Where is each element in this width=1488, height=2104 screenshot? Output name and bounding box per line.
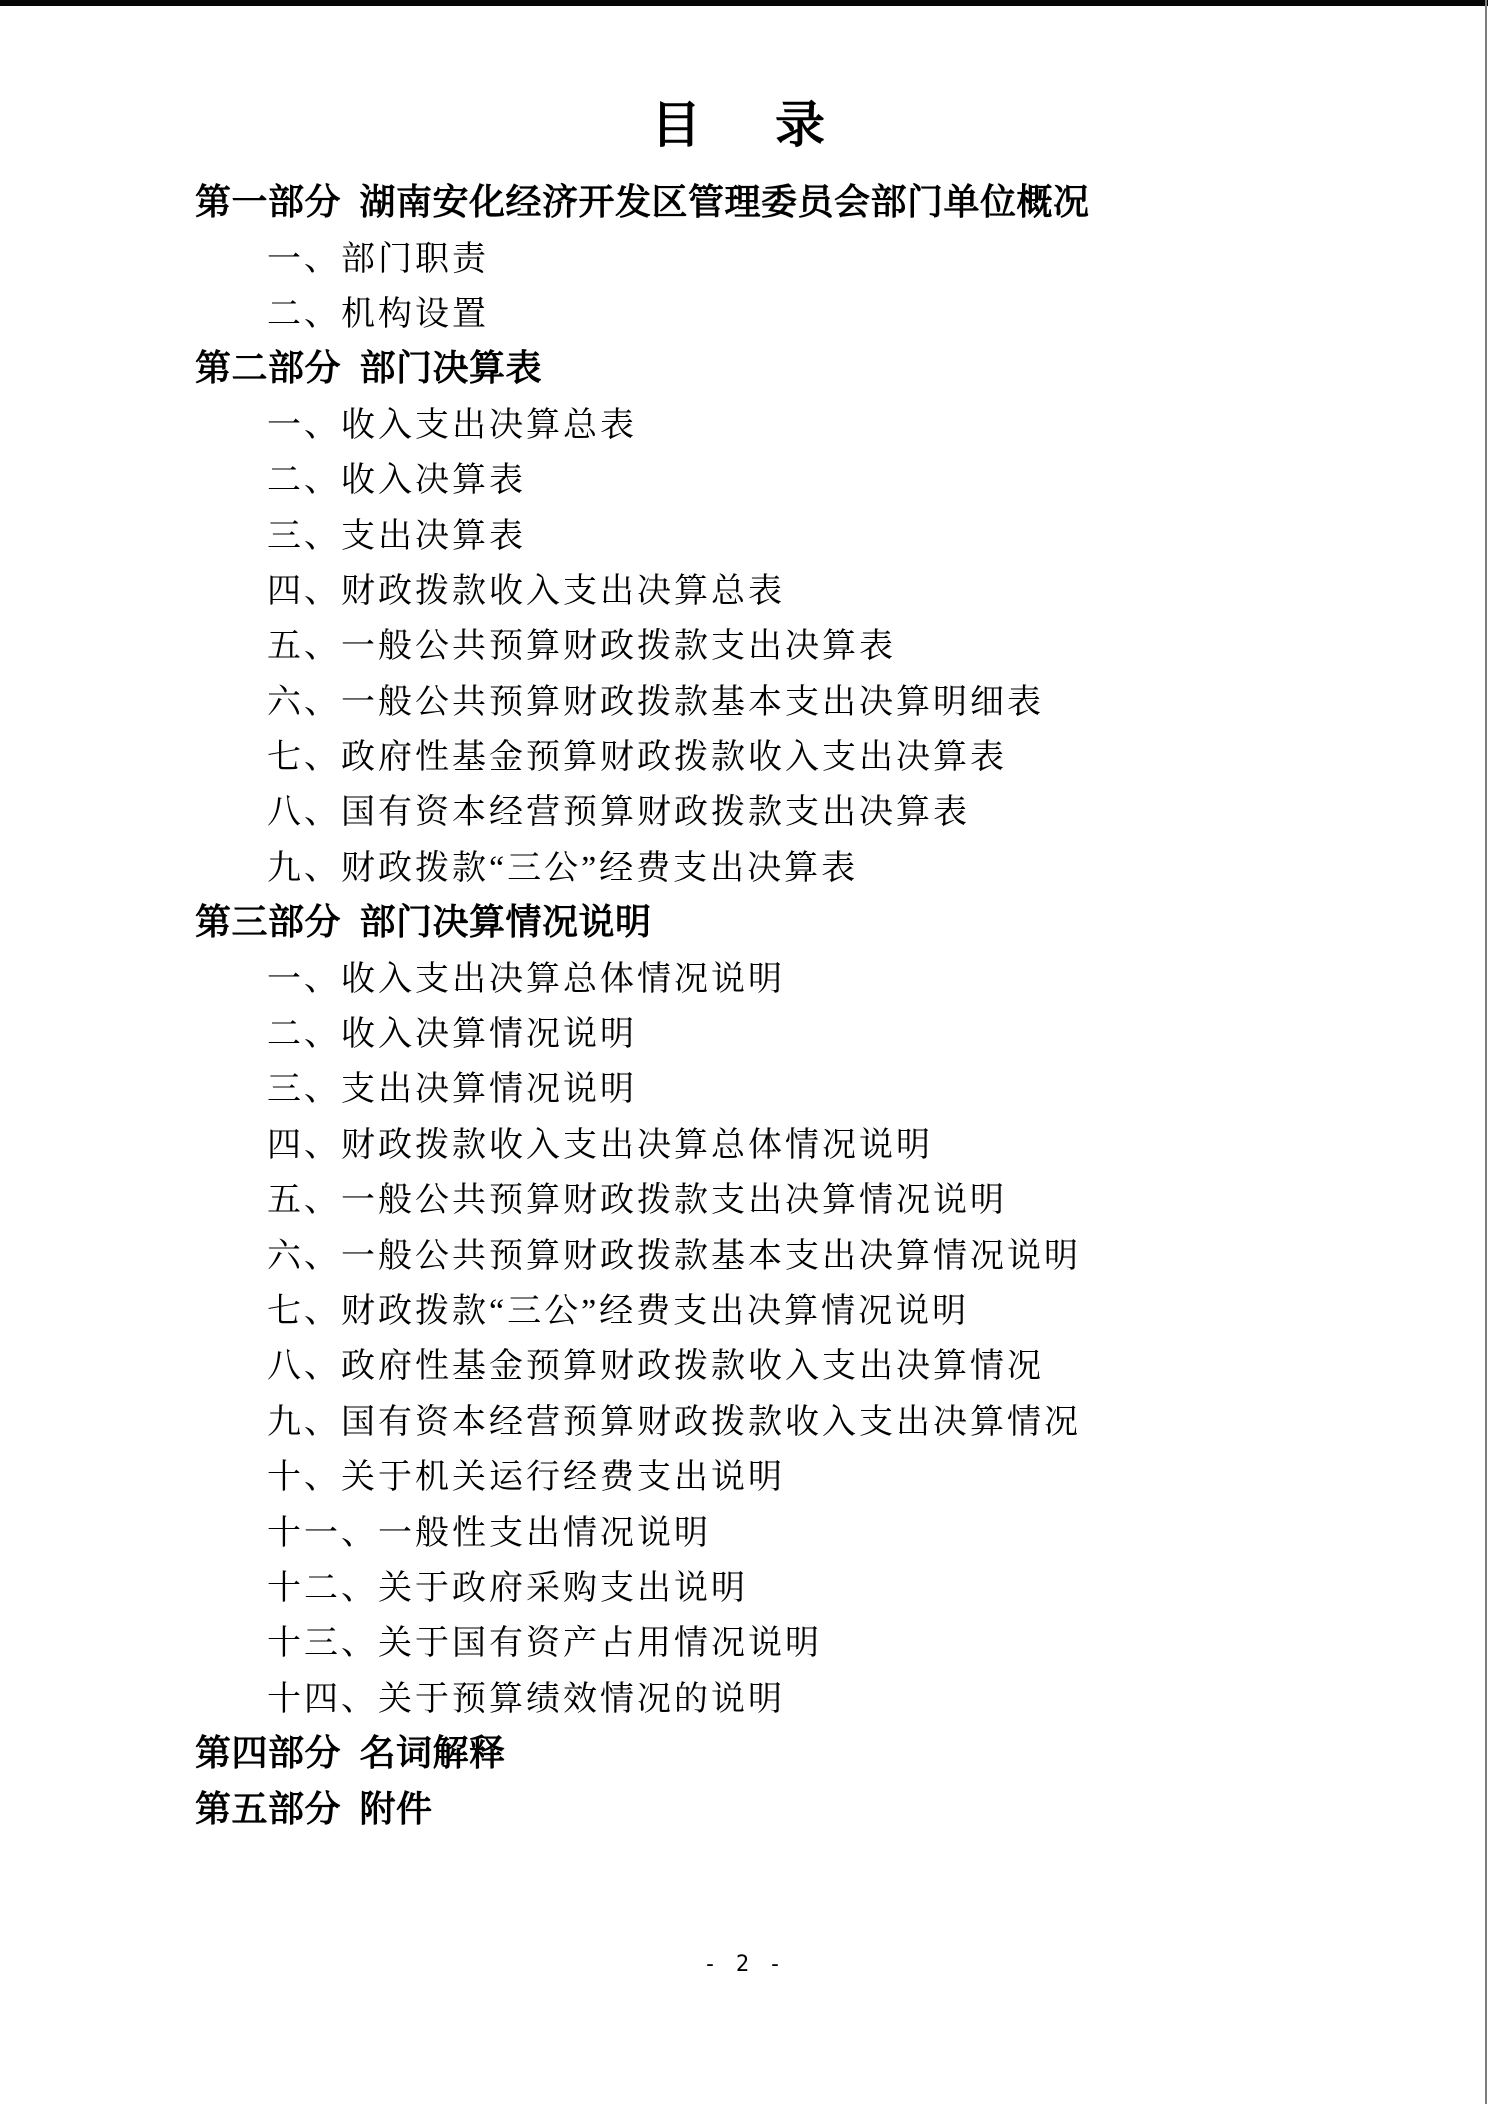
toc-item: 一、部门职责 xyxy=(195,227,1448,282)
toc-item: 六、一般公共预算财政拨款基本支出决算情况说明 xyxy=(195,1224,1448,1279)
toc-item: 十三、关于国有资产占用情况说明 xyxy=(195,1612,1448,1667)
toc-part-4-heading: 第四部分 名词解释 xyxy=(195,1723,1448,1778)
toc-part-1-heading: 第一部分 湖南安化经济开发区管理委员会部门单位概况 xyxy=(195,172,1448,227)
toc-item: 三、支出决算情况说明 xyxy=(195,1058,1448,1113)
scan-artifact-right-edge xyxy=(1485,0,1487,2104)
toc-item: 二、收入决算表 xyxy=(195,449,1448,504)
toc-item: 十、关于机关运行经费支出说明 xyxy=(195,1446,1448,1501)
toc-item: 十二、关于政府采购支出说明 xyxy=(195,1557,1448,1612)
document-page: 目 录 第一部分 湖南安化经济开发区管理委员会部门单位概况 一、部门职责 二、机… xyxy=(0,0,1488,2104)
table-of-contents: 第一部分 湖南安化经济开发区管理委员会部门单位概况 一、部门职责 二、机构设置 … xyxy=(195,172,1448,1834)
toc-part-3-heading: 第三部分 部门决算情况说明 xyxy=(195,892,1448,947)
toc-item: 四、财政拨款收入支出决算总体情况说明 xyxy=(195,1114,1448,1169)
toc-item: 三、支出决算表 xyxy=(195,504,1448,559)
toc-item: 九、国有资本经营预算财政拨款收入支出决算情况 xyxy=(195,1391,1448,1446)
scan-artifact-top-edge xyxy=(0,0,1488,6)
page-title: 目 录 xyxy=(0,96,1488,154)
toc-part-2-heading: 第二部分 部门决算表 xyxy=(195,338,1448,393)
toc-part-5-heading: 第五部分 附件 xyxy=(195,1778,1448,1833)
toc-item: 二、收入决算情况说明 xyxy=(195,1003,1448,1058)
toc-item: 九、财政拨款“三公”经费支出决算表 xyxy=(195,837,1448,892)
toc-item: 一、收入支出决算总体情况说明 xyxy=(195,947,1448,1002)
toc-item: 五、一般公共预算财政拨款支出决算情况说明 xyxy=(195,1169,1448,1224)
toc-item: 八、政府性基金预算财政拨款收入支出决算情况 xyxy=(195,1335,1448,1390)
toc-item: 六、一般公共预算财政拨款基本支出决算明细表 xyxy=(195,671,1448,726)
toc-item: 八、国有资本经营预算财政拨款支出决算表 xyxy=(195,781,1448,836)
toc-item: 四、财政拨款收入支出决算总表 xyxy=(195,560,1448,615)
toc-item: 十四、关于预算绩效情况的说明 xyxy=(195,1668,1448,1723)
toc-item: 五、一般公共预算财政拨款支出决算表 xyxy=(195,615,1448,670)
toc-item: 七、政府性基金预算财政拨款收入支出决算表 xyxy=(195,726,1448,781)
toc-item: 十一、一般性支出情况说明 xyxy=(195,1501,1448,1556)
page-number: - 2 - xyxy=(0,1952,1488,1977)
toc-item: 二、机构设置 xyxy=(195,283,1448,338)
toc-item: 七、财政拨款“三公”经费支出决算情况说明 xyxy=(195,1280,1448,1335)
toc-item: 一、收入支出决算总表 xyxy=(195,394,1448,449)
